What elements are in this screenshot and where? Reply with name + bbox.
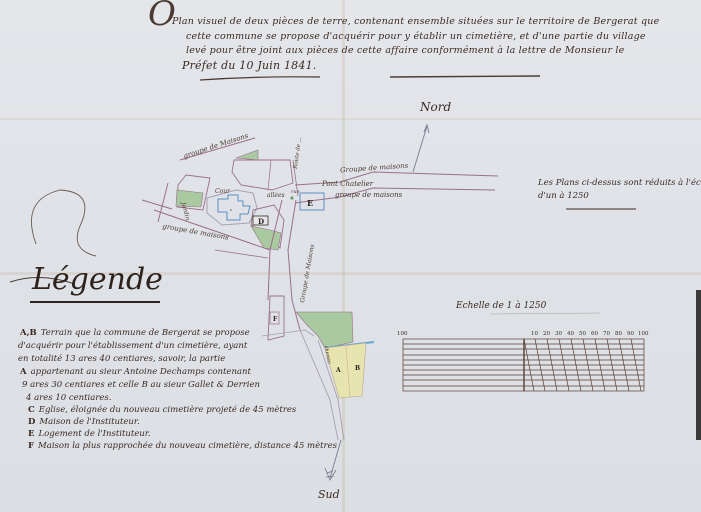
legend-item-b-cont: 4 ares 10 centiares. (26, 393, 111, 403)
label-cour: Cour (215, 188, 230, 195)
scale-left-label: 100 (397, 331, 408, 337)
legend-item-d: DMaison de l'Instituteur. (28, 417, 140, 427)
legend-item-ab-cont-2: en totalité 13 ares 40 centiares, savoir… (18, 354, 225, 364)
scale-tick-70: 70 (603, 331, 610, 337)
legend-text: Eglise, éloignée du nouveau cimetière pr… (39, 405, 297, 415)
svg-text:F: F (273, 316, 278, 323)
label-allees: allées (267, 192, 285, 199)
legend-text: Logement de l'Instituteur. (38, 429, 150, 439)
svg-text:E: E (307, 198, 313, 208)
legend-text: en totalité 13 ares 40 centiares, savoir… (18, 354, 225, 364)
legend-item-ab: A,BTerrain que la commune de Bergerat se… (20, 328, 250, 338)
label-groupe-maisons-ne-bottom: groupe de maisons (335, 191, 402, 199)
scale-tick-50: 50 (579, 331, 586, 337)
scale-tick-10: 10 (531, 331, 538, 337)
legend-text: 4 ares 10 centiares. (26, 393, 111, 403)
legend-text: Maison la plus rapprochée du nouveau cim… (38, 441, 337, 451)
legend-text: Terrain que la commune de Bergerat se pr… (41, 328, 250, 338)
north-label: Nord (420, 100, 451, 114)
scale-tick-90: 90 (627, 331, 634, 337)
legend-text: appartenant au sieur Antoine Dechamps co… (31, 367, 251, 377)
svg-text:D: D (258, 217, 264, 226)
legend-text: 9 ares 30 centiares et celle B au sieur … (22, 380, 260, 390)
legend-item-f: FMaison la plus rapprochée du nouveau ci… (28, 441, 337, 451)
legend-text: d'acquérir pour l'établissement d'un cim… (18, 341, 247, 351)
legend-title: Légende (32, 262, 163, 297)
map-sheet: O Plan visuel de deux pièces de terre, c… (0, 0, 701, 512)
label-pont-chatelier: Pont Chatelier (322, 180, 373, 188)
legend-item-a: Aappartenant au sieur Antoine Dechamps c… (20, 367, 251, 377)
legend-text: Maison de l'Instituteur. (39, 417, 139, 427)
scale-tick-60: 60 (591, 331, 598, 337)
scale-bar-title: Echelle de 1 à 1250 (456, 301, 546, 311)
legend-item-b: 9 ares 30 centiares et celle B au sieur … (22, 380, 260, 390)
scale-tick-40: 40 (567, 331, 574, 337)
scale-note-line-2: d'un à 1250 (538, 191, 589, 201)
label-rue: rue (291, 189, 300, 195)
legend-item-e: ELogement de l'Instituteur. (28, 429, 151, 439)
scale-tick-20: 20 (543, 331, 550, 337)
svg-text:A: A (335, 367, 341, 374)
south-label: Sud (318, 488, 340, 501)
svg-text:B: B (355, 365, 360, 372)
legend-key: E (28, 429, 34, 439)
legend-item-ab-cont-1: d'acquérir pour l'établissement d'un cim… (18, 341, 247, 351)
scale-note-line-1: Les Plans ci-dessus sont réduits à l'éch… (538, 178, 701, 188)
scale-tick-30: 30 (555, 331, 562, 337)
legend-key: A,B (20, 328, 37, 338)
svg-text:c: c (230, 207, 233, 212)
legend-key: F (28, 441, 34, 451)
scale-tick-80: 80 (615, 331, 622, 337)
scale-tick-100: 100 (638, 331, 649, 337)
legend-item-c: CEglise, éloignée du nouveau cimetière p… (28, 405, 296, 415)
legend-key: D (28, 417, 35, 427)
legend-key: C (28, 405, 35, 415)
legend-key: A (20, 367, 27, 377)
